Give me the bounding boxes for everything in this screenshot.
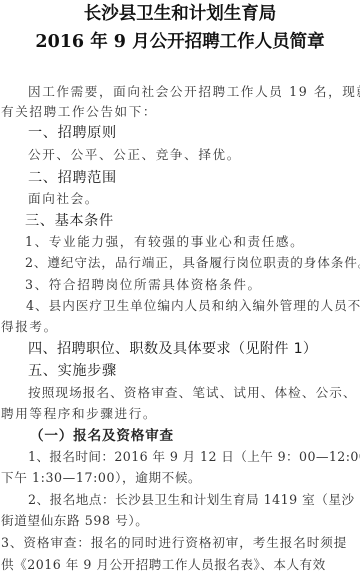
condition-item-4-cont: 得报考。 <box>1 317 58 337</box>
section-text-scope: 面向社会。 <box>28 189 99 209</box>
section-heading-scope: 二、招聘范围 <box>28 168 117 188</box>
registration-item-1: 1、报名时间：2016 年 9 月 12 日（上午 9：00—12:00， <box>28 447 360 467</box>
registration-item-2-cont: 街道望仙东路 598 号）。 <box>1 511 149 531</box>
document-title-line1: 长沙县卫生和计划生育局 <box>0 2 360 26</box>
condition-item-2: 2、遵纪守法，品行端正，具备履行岗位职责的身体条件。 <box>25 253 360 273</box>
registration-item-1-cont: 下午 1:30—17:00），逾期不候。 <box>1 468 201 488</box>
condition-item-3: 3、符合招聘岗位所需具体资格条件。 <box>25 275 262 295</box>
registration-item-3: 3、资格审查：报名的同时进行资格初审，考生报名时须提 <box>1 533 347 553</box>
section-heading-conditions: 三、基本条件 <box>25 211 114 231</box>
condition-item-1: 1、专业能力强，有较强的事业心和责任感。 <box>25 232 304 252</box>
steps-text-line-2: 聘用等程序和步骤进行。 <box>1 404 157 424</box>
section-text-principles: 公开、公平、公正、竞争、择优。 <box>28 145 241 165</box>
section-heading-positions: 四、招聘职位、职数及具体要求（见附件 1） <box>28 339 317 359</box>
section-heading-steps: 五、实施步骤 <box>28 361 117 381</box>
intro-line-2: 有关招聘工作公告如下： <box>1 102 157 122</box>
subsection-heading-registration: （一）报名及资格审查 <box>30 426 174 446</box>
condition-item-4: 4、县内医疗卫生单位编内人员和纳入编外管理的人员不 <box>26 296 360 316</box>
steps-text-line-1: 按照现场报名、资格审查、笔试、试用、体检、公示、 <box>28 383 357 403</box>
intro-line-1: 因工作需要，面向社会公开招聘工作人员 19 名，现就 <box>28 82 360 102</box>
section-heading-principles: 一、招聘原则 <box>28 123 117 143</box>
document-title-line2: 2016 年 9 月公开招聘工作人员简章 <box>0 30 360 54</box>
registration-item-2: 2、报名地点：长沙县卫生和计划生育局 1419 室（星沙 <box>28 490 355 510</box>
registration-item-3-cont: 供《2016 年 9 月公开招聘工作人员报名表》、本人有效 <box>1 555 326 575</box>
